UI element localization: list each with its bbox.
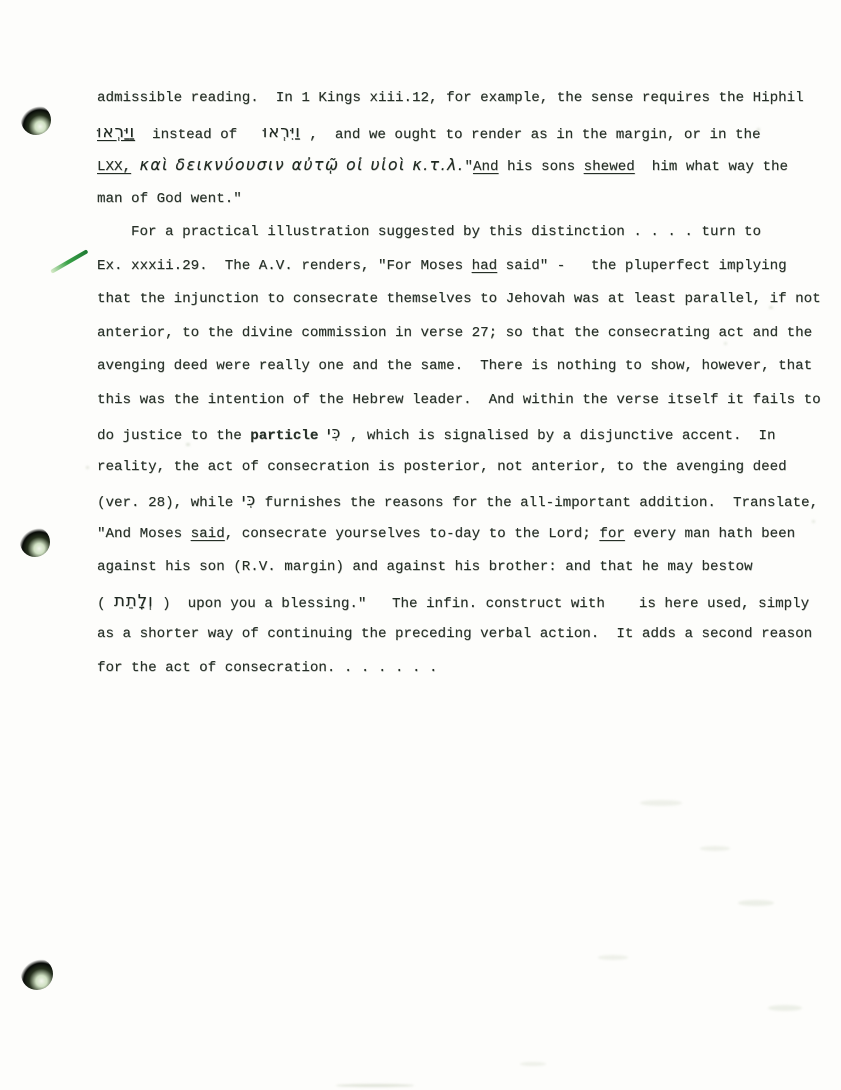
text-line: as a shorter way of continuing the prece… (97, 618, 827, 652)
text-line: for the act of consecration. . . . . . . (97, 652, 827, 686)
typewritten-segment: as a shorter way of continuing the prece… (97, 626, 812, 642)
typewritten-segment: for the act of consecration. . . . . . . (97, 660, 438, 676)
text-line: For a practical illustration suggested b… (97, 216, 827, 250)
hole-punch-icon (21, 105, 51, 135)
typewritten-segment: (ver. 28), while (97, 495, 242, 511)
text-line: anterior, to the divine commission in ve… (97, 317, 827, 351)
typewritten-text: admissible reading. In 1 Kings xiii.12, … (97, 82, 827, 685)
text-line: man of God went." (97, 183, 827, 217)
typewritten-segment: said" - the pluperfect implying (497, 258, 786, 274)
hebrew-handwriting: כִּי (242, 483, 256, 517)
greek-handwriting: καὶ δεικνύουσιν αὐτῷ οἱ υἱοὶ κ.τ.λ. (140, 156, 465, 174)
typewritten-segment: furnishes the reasons for the all-import… (256, 495, 818, 511)
text-line: admissible reading. In 1 Kings xiii.12, … (97, 82, 827, 116)
typewritten-segment: that the injunction to consecrate themse… (97, 291, 821, 307)
green-tick-mark (50, 249, 88, 273)
typewritten-segment: instead of (135, 127, 263, 143)
typewritten-segment: For a practical illustration suggested b… (131, 224, 761, 240)
typewritten-segment: Ex. xxxii.29. The A.V. renders, "For Mos… (97, 258, 472, 274)
typewritten-segment: ) upon you a blessing." The infin. const… (154, 596, 810, 612)
text-line: Ex. xxxii.29. The A.V. renders, "For Mos… (97, 250, 827, 284)
text-line: (ver. 28), while כִּי furnishes the reas… (97, 484, 827, 518)
text-line: do justice to the particle כִּי , which … (97, 417, 827, 451)
typewritten-segment: had (472, 258, 498, 274)
hebrew-handwriting: כִּי (327, 416, 341, 450)
typewritten-segment: every man hath been (625, 526, 795, 542)
typewritten-segment: And (473, 159, 499, 175)
hebrew-handwriting: וַיַּרְאוּ (97, 115, 135, 149)
typewritten-segment (131, 159, 140, 175)
typewritten-segment: reality, the act of consecration is post… (97, 459, 787, 475)
text-line: that the injunction to consecrate themse… (97, 283, 827, 317)
hole-punch-icon (21, 958, 53, 990)
typewritten-segment: admissible reading. In 1 Kings xiii.12, … (97, 90, 804, 106)
typewritten-segment: anterior, to the divine commission in ve… (97, 325, 812, 341)
text-line: LXX, καὶ δεικνύουσιν αὐτῷ οἱ υἱοὶ κ.τ.λ.… (97, 149, 827, 183)
typewritten-segment: particle (250, 428, 318, 444)
typewritten-segment: , and we ought to render as in the margi… (301, 127, 761, 143)
hebrew-handwriting: וְלָתֵת (114, 584, 154, 618)
typewritten-segment: LXX, (97, 159, 131, 175)
typewritten-segment (318, 428, 327, 444)
hole-punch-icon (20, 527, 50, 557)
scanned-document-page: admissible reading. In 1 Kings xiii.12, … (0, 0, 841, 1090)
typewritten-segment: man of God went." (97, 191, 242, 207)
typewritten-segment: his sons (499, 159, 584, 175)
hebrew-handwriting: וַיִּרְאוּ (263, 115, 301, 149)
typewritten-segment: him what way the (635, 159, 788, 175)
typewritten-segment: ( (97, 596, 114, 612)
text-line: reality, the act of consecration is post… (97, 451, 827, 485)
typewritten-segment: , which is signalised by a disjunctive a… (341, 428, 775, 444)
typewritten-segment: , consecrate yourselves to-day to the Lo… (225, 526, 600, 542)
typewritten-segment: " (464, 159, 473, 175)
text-line: וַיַּרְאוּ instead of וַיִּרְאוּ , and w… (97, 116, 827, 150)
typewritten-segment: do justice to the (97, 428, 250, 444)
typewritten-segment: avenging deed were really one and the sa… (97, 358, 812, 374)
text-line: "And Moses said, consecrate yourselves t… (97, 518, 827, 552)
typewritten-segment: for (599, 526, 625, 542)
typewritten-segment: "And Moses (97, 526, 191, 542)
text-line: against his son (R.V. margin) and agains… (97, 551, 827, 585)
text-line: avenging deed were really one and the sa… (97, 350, 827, 384)
text-line: this was the intention of the Hebrew lea… (97, 384, 827, 418)
typewritten-segment: against his son (R.V. margin) and agains… (97, 559, 753, 575)
typewritten-segment: shewed (584, 159, 635, 175)
typewritten-segment: this was the intention of the Hebrew lea… (97, 392, 821, 408)
typewritten-segment: said (191, 526, 225, 542)
text-line: ( וְלָתֵת ) upon you a blessing." The in… (97, 585, 827, 619)
